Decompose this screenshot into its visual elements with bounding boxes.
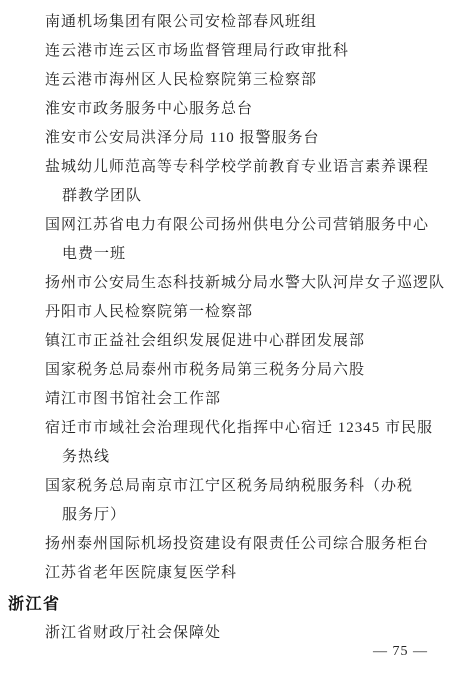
list-item: 南通机场集团有限公司安检部春风班组 [62,8,446,37]
province-heading: 浙江省 [8,590,446,619]
list-item: 国网江苏省电力有限公司扬州供电分公司营销服务中心 电费一班 [62,211,446,269]
list-item: 宿迁市市域社会治理现代化指挥中心宿迁 12345 市民服 务热线 [62,414,446,472]
page-number: — 75 — [373,644,428,660]
list-item: 盐城幼儿师范高等专科学校学前教育专业语言素养课程 群教学团队 [62,153,446,211]
list-item: 靖江市图书馆社会工作部 [62,385,446,414]
list-item: 淮安市政务服务中心服务总台 [62,95,446,124]
section-jiangsu-continued: 南通机场集团有限公司安检部春风班组 连云港市连云区市场监督管理局行政审批科 连云… [8,8,446,588]
list-item: 连云港市海州区人民检察院第三检察部 [62,66,446,95]
list-item: 扬州泰州国际机场投资建设有限责任公司综合服务柜台 [62,530,446,559]
list-item: 丹阳市人民检察院第一检察部 [62,298,446,327]
section-zhejiang: 浙江省 浙江省财政厅社会保障处 [8,590,446,648]
list-item: 扬州市公安局生态科技新城分局水警大队河岸女子巡逻队 [62,269,446,298]
list-item: 镇江市正益社会组织发展促进中心群团发展部 [62,327,446,356]
document-page: 南通机场集团有限公司安检部春风班组 连云港市连云区市场监督管理局行政审批科 连云… [0,0,452,700]
list-item: 连云港市连云区市场监督管理局行政审批科 [62,37,446,66]
list-item: 淮安市公安局洪泽分局 110 报警服务台 [62,124,446,153]
list-item: 国家税务总局南京市江宁区税务局纳税服务科（办税 服务厅） [62,472,446,530]
list-item: 江苏省老年医院康复医学科 [62,559,446,588]
list-item: 国家税务总局泰州市税务局第三税务分局六股 [62,356,446,385]
